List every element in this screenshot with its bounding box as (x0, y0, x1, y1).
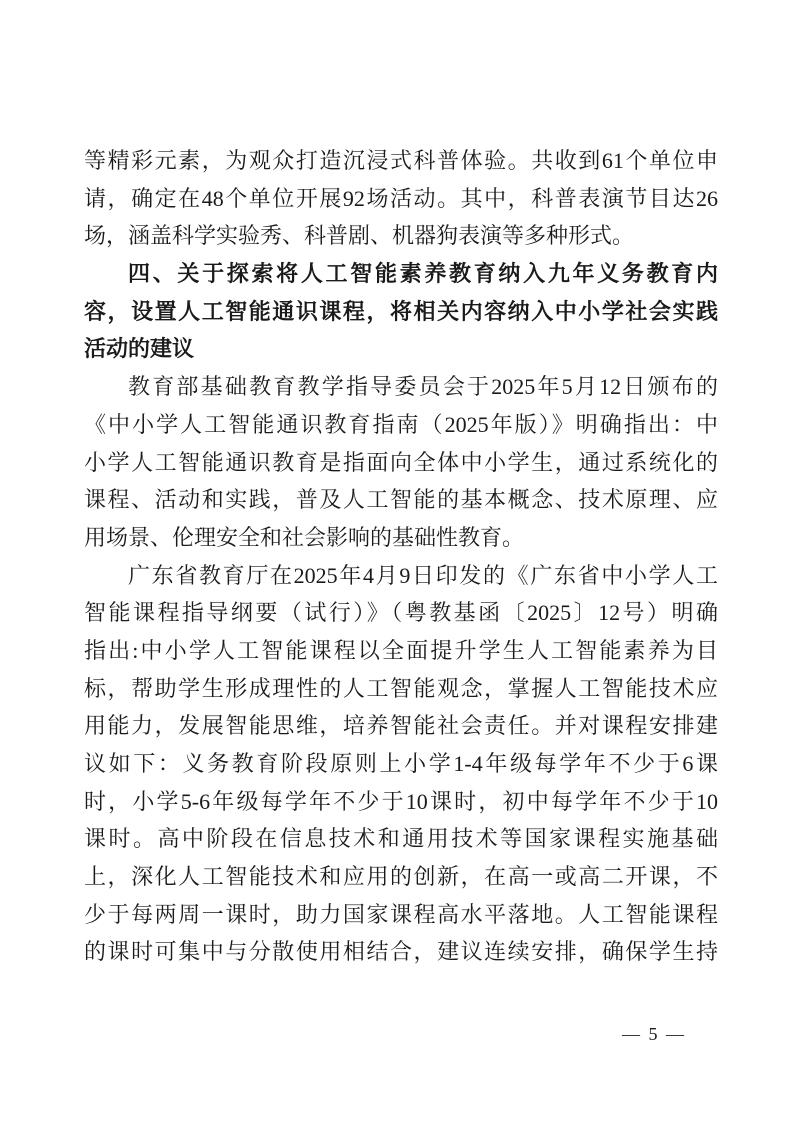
text-line: 课时。高中阶段在信息技术和通用技术等国家课程实施基础 (84, 820, 718, 858)
text-line: 《中小学人工智能通识教育指南（2025年版）》明确指出：中 (84, 406, 718, 444)
text-line: 指出:中小学人工智能课程以全面提升学生人工智能素养为目 (84, 632, 718, 670)
text-line: 少于每两周一课时，助力国家课程高水平落地。人工智能课程 (84, 896, 718, 934)
text-line: 标，帮助学生形成理性的人工智能观念，掌握人工智能技术应 (84, 670, 718, 708)
section-heading: 四、关于探索将人工智能素养教育纳入九年义务教育内容，设置人工智能通识课程，将相关… (84, 255, 718, 368)
text-line: 用能力，发展智能思维，培养智能社会责任。并对课程安排建 (84, 707, 718, 745)
text-line: 智能课程指导纲要（试行）》（粤教基函〔2025〕12号）明确 (84, 594, 718, 632)
text-line: 议如下：义务教育阶段原则上小学1-4年级每学年不少于6课 (84, 745, 718, 783)
text-line: 小学人工智能通识教育是指面向全体中小学生，通过系统化的 (84, 444, 718, 482)
text-line: 用场景、伦理安全和社会影响的基础性教育。 (84, 519, 718, 557)
text-line: 场，涵盖科学实验秀、科普剧、机器狗表演等多种形式。 (84, 217, 718, 255)
text-line: 广东省教育厅在2025年4月9日印发的《广东省中小学人工 (84, 557, 718, 595)
heading-line: 活动的建议 (84, 330, 718, 368)
text-line: 等精彩元素，为观众打造沉浸式科普体验。共收到61个单位申 (84, 142, 718, 180)
heading-line: 容，设置人工智能通识课程，将相关内容纳入中小学社会实践 (84, 293, 718, 331)
paragraph: 广东省教育厅在2025年4月9日印发的《广东省中小学人工智能课程指导纲要（试行）… (84, 557, 718, 972)
page-footer: — 5 — (84, 1021, 718, 1047)
document-page: 等精彩元素，为观众打造沉浸式科普体验。共收到61个单位申请，确定在48个单位开展… (0, 0, 800, 1131)
text-line: 请，确定在48个单位开展92场活动。其中，科普表演节目达26 (84, 180, 718, 218)
paragraph-continuation: 等精彩元素，为观众打造沉浸式科普体验。共收到61个单位申请，确定在48个单位开展… (84, 142, 718, 255)
paragraph: 教育部基础教育教学指导委员会于2025年5月12日颁布的《中小学人工智能通识教育… (84, 368, 718, 556)
page-number: — 5 — (622, 1021, 686, 1047)
text-line: 的课时可集中与分散使用相结合，建议连续安排，确保学生持 (84, 933, 718, 971)
text-line: 教育部基础教育教学指导委员会于2025年5月12日颁布的 (84, 368, 718, 406)
document-body: 等精彩元素，为观众打造沉浸式科普体验。共收到61个单位申请，确定在48个单位开展… (84, 142, 718, 971)
text-line: 课程、活动和实践，普及人工智能的基本概念、技术原理、应 (84, 481, 718, 519)
text-line: 时，小学5-6年级每学年不少于10课时，初中每学年不少于10 (84, 783, 718, 821)
text-line: 上，深化人工智能技术和应用的创新，在高一或高二开课，不 (84, 858, 718, 896)
heading-line: 四、关于探索将人工智能素养教育纳入九年义务教育内 (84, 255, 718, 293)
